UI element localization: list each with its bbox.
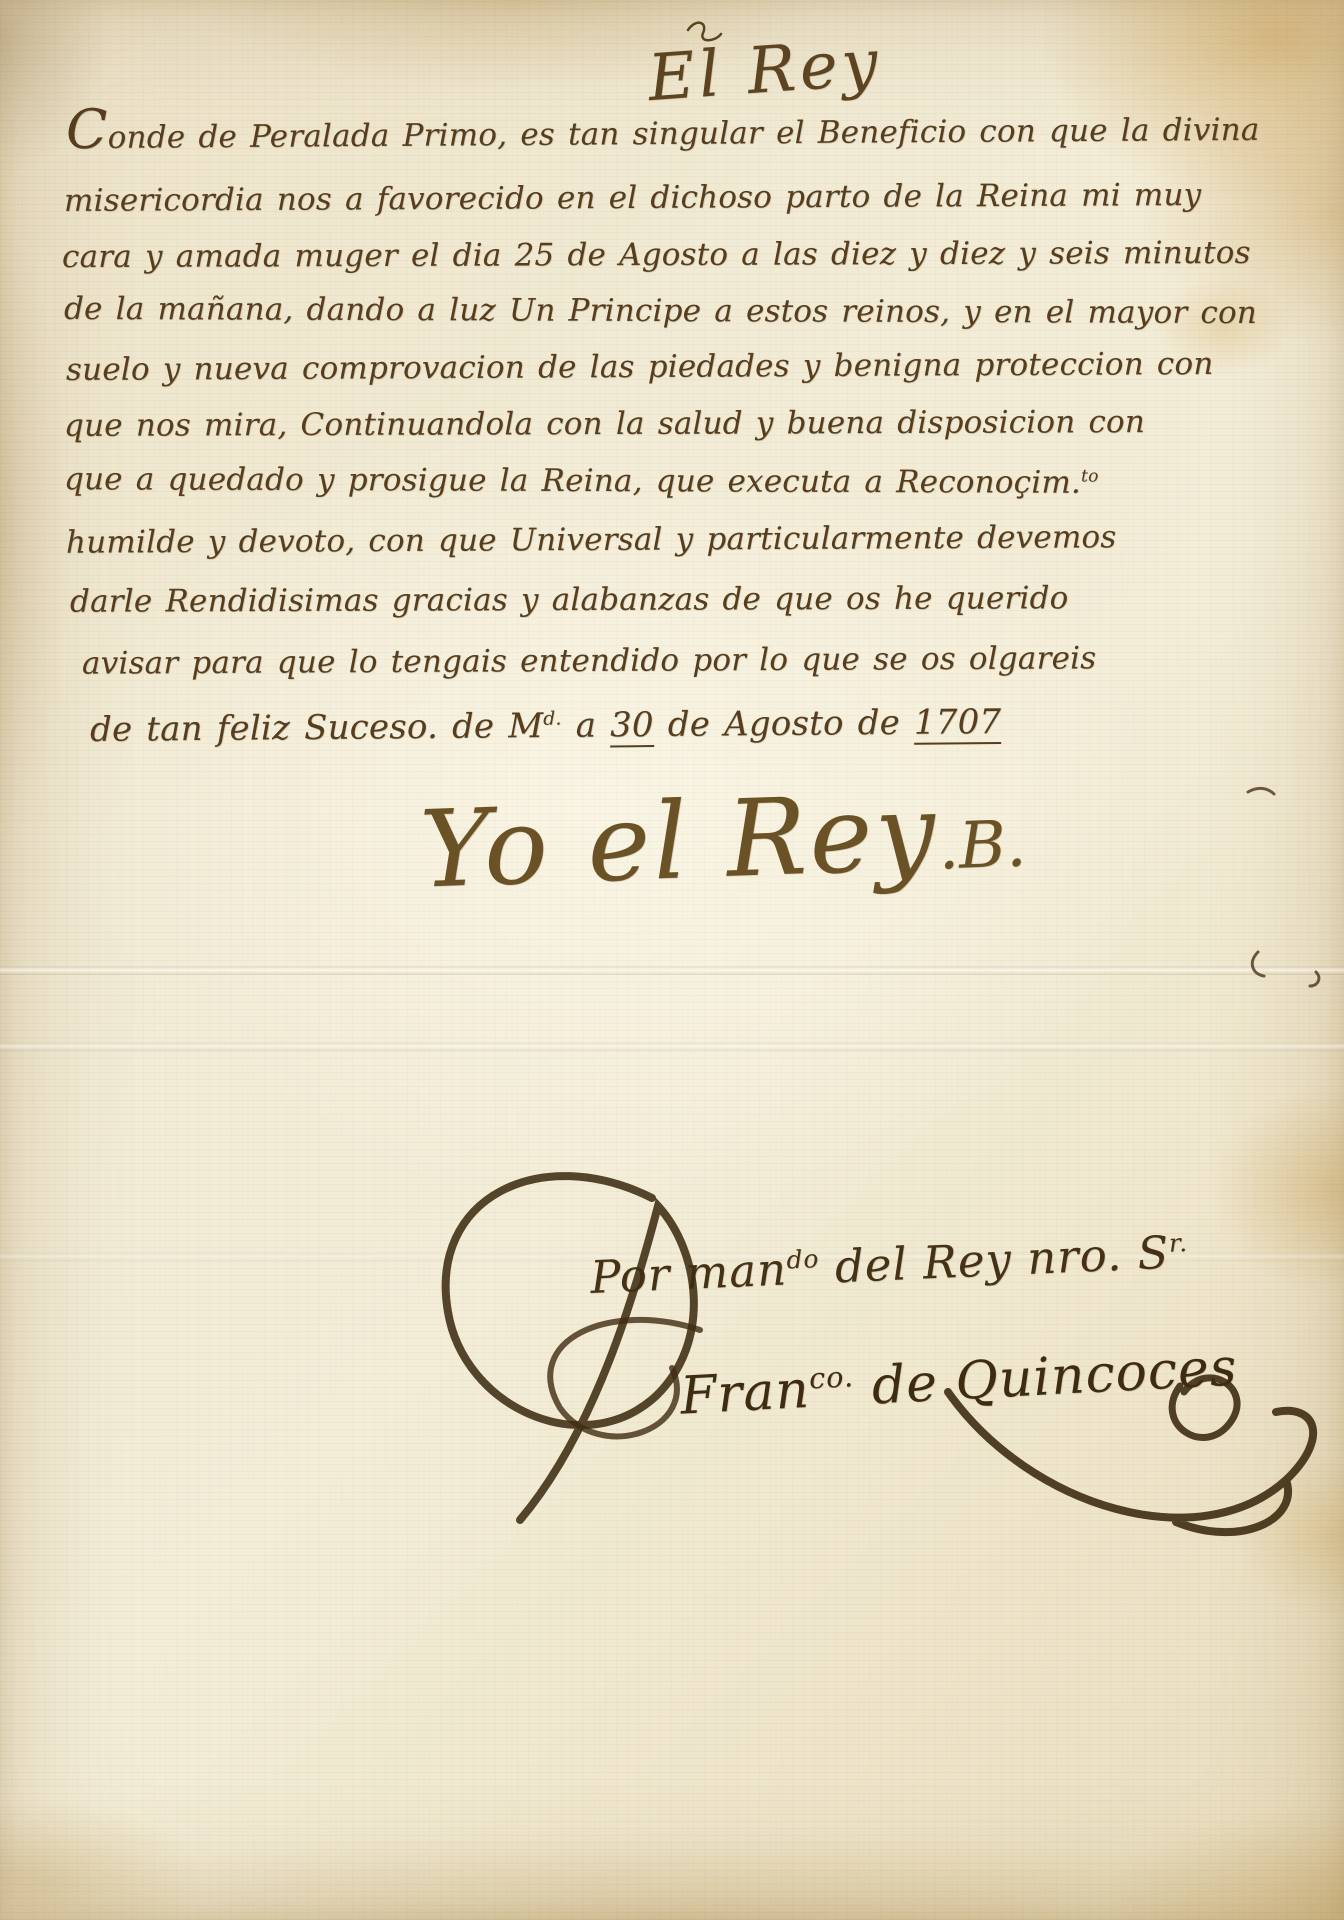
manuscript-line-8: humilde y devoto, con que Universal y pa… xyxy=(66,519,1117,560)
manuscript-line-6: que nos mira, Continuandola con la salud… xyxy=(64,404,1145,444)
royal-signature-text: Yo el Rey xyxy=(418,771,940,912)
manuscript-line-9: darle Rendidisimas gracias y alabanzas d… xyxy=(70,580,1069,619)
manuscript-line-2: misericordia nos a favorecido en el dich… xyxy=(64,177,1201,219)
manuscript-dateline: de tan feliz Suceso. de Md. a 30 de Agos… xyxy=(90,702,1002,750)
line-7-text: que a quedado y prosigue la Reina, que e… xyxy=(64,461,1081,501)
dateline-prefix: de tan feliz Suceso. de M xyxy=(90,706,544,750)
dateline-month: de Agosto de xyxy=(654,703,915,745)
manuscript-line-5: suelo y nueva comprovacion de las piedad… xyxy=(66,346,1214,388)
byline-abbreviation-1: do xyxy=(786,1244,820,1274)
manuscript-line-7: que a quedado y prosigue la Reina, que e… xyxy=(64,461,1099,501)
manuscript-line-3: cara y amada muger el dia 25 de Agosto a… xyxy=(62,235,1251,275)
secretary-name-1: Fran xyxy=(679,1360,811,1427)
dateline-year: 1707 xyxy=(914,702,1002,745)
line-7-abbreviation: to xyxy=(1081,466,1099,486)
manuscript-page: { "document": { "heading": "El Rey", "li… xyxy=(0,0,1344,1920)
byline-abbreviation-2: r. xyxy=(1168,1228,1188,1258)
dateline-day: 30 xyxy=(610,705,654,747)
dateline-place-abbreviation: d. xyxy=(543,709,561,730)
manuscript-line-10: avisar para que lo tengais entendido por… xyxy=(82,640,1097,681)
royal-signature-rubric: .B. xyxy=(937,807,1027,884)
manuscript-line-4: de la mañana, dando a luz Un Principe a … xyxy=(64,291,1257,331)
royal-signature: Yo el Rey.B. xyxy=(418,767,1028,911)
dateline-connector: a xyxy=(561,705,610,745)
aged-paper-background xyxy=(0,0,1344,1920)
byline-text-1: Por man xyxy=(589,1242,788,1304)
secretary-name-abbreviation: co. xyxy=(808,1359,855,1395)
